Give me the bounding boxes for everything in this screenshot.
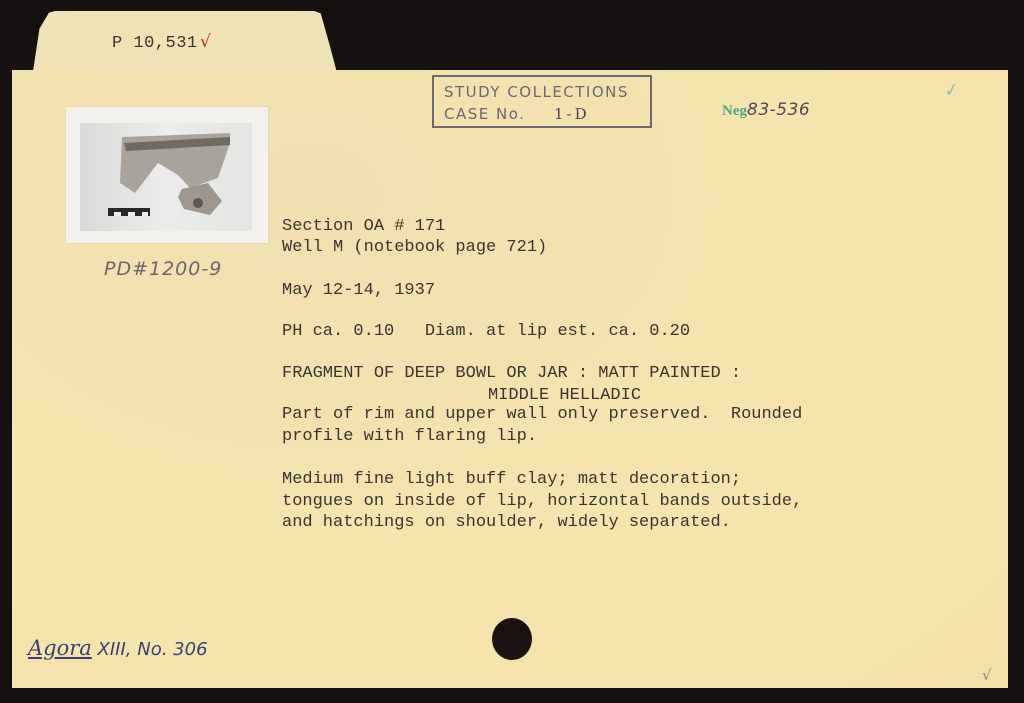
artifact-photo <box>66 107 268 243</box>
stamp-title: STUDY COLLECTIONS <box>444 83 629 101</box>
pd-number: PD#1200-9 <box>104 258 222 280</box>
publication-number: XIII, No. 306 <box>98 639 208 660</box>
red-check-icon: √ <box>200 32 211 52</box>
catalog-number: P 10,531 <box>112 34 198 53</box>
pottery-fragment-icon <box>80 123 252 231</box>
photo-image-area <box>80 123 252 231</box>
punch-hole <box>492 618 532 660</box>
stamp-case-label: CASE No. <box>444 105 525 123</box>
description-line-1: Medium fine light buff clay; matt decora… <box>282 469 741 491</box>
publication-reference: Agora XIII, No. 306 <box>28 636 208 660</box>
dimensions-line: PH ca. 0.10 Diam. at lip est. ca. 0.20 <box>282 321 690 343</box>
publication-series: Agora <box>28 636 92 660</box>
date-line: May 12-14, 1937 <box>282 280 435 302</box>
description-line-2: tongues on inside of lip, horizontal ban… <box>282 491 802 513</box>
corner-check-icon: √ <box>982 666 992 684</box>
description-line-3: and hatchings on shoulder, widely separa… <box>282 512 731 534</box>
negative-value: 83-536 <box>747 100 810 120</box>
section-line: Section OA # 171 <box>282 216 445 238</box>
stamp-case-value: 1-D <box>554 105 590 123</box>
context-line: Well M (notebook page 721) <box>282 237 547 259</box>
preservation-line-2: profile with flaring lip. <box>282 426 537 448</box>
negative-label: Neg <box>722 103 747 119</box>
study-collections-stamp: STUDY COLLECTIONS CASE No. 1-D <box>432 75 652 128</box>
negative-number: Neg83-536 <box>722 100 810 120</box>
preservation-line-1: Part of rim and upper wall only preserve… <box>282 404 802 426</box>
title-line-1: FRAGMENT OF DEEP BOWL OR JAR : MATT PAIN… <box>282 363 741 385</box>
